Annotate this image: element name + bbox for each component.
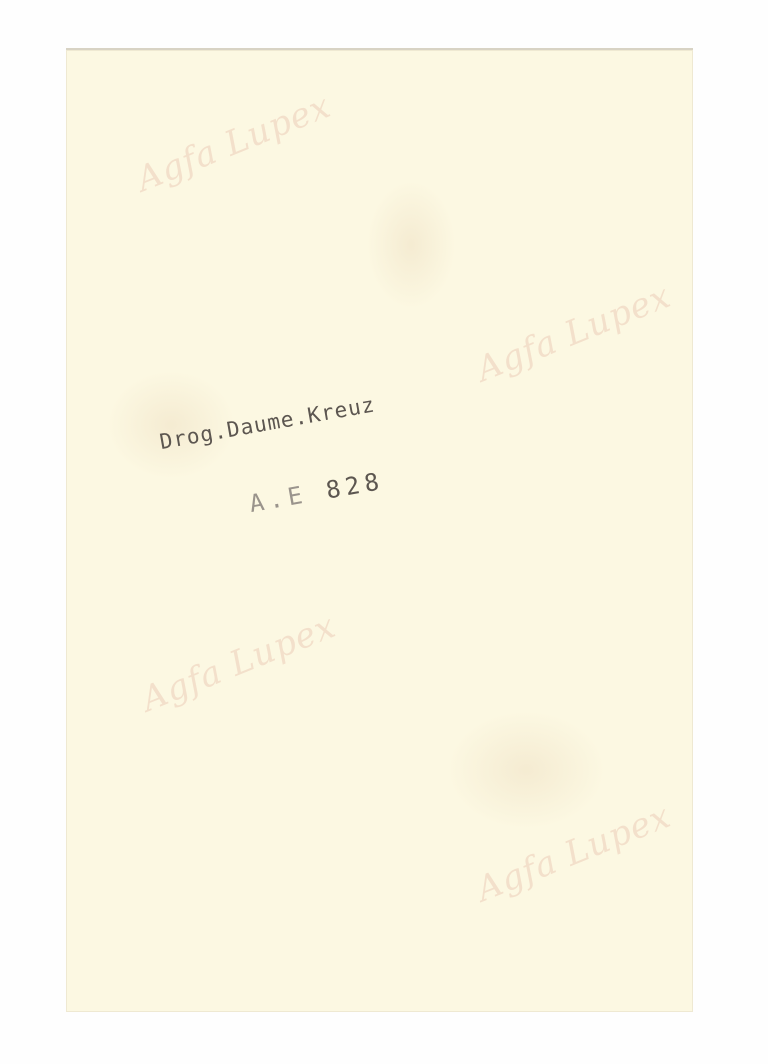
photo-card-back: Agfa Lupex Agfa Lupex Agfa Lupex Agfa Lu… (66, 48, 693, 1012)
stamp-order-number: A.E 828 (247, 467, 386, 518)
watermark-agfa-lupex: Agfa Lupex (471, 276, 677, 390)
stain (366, 180, 456, 310)
stamp-number: 828 (324, 467, 386, 505)
watermark-agfa-lupex: Agfa Lupex (131, 86, 337, 200)
stain (446, 710, 606, 830)
stamp-prefix: A.E (247, 480, 309, 518)
watermark-agfa-lupex: Agfa Lupex (136, 606, 342, 720)
